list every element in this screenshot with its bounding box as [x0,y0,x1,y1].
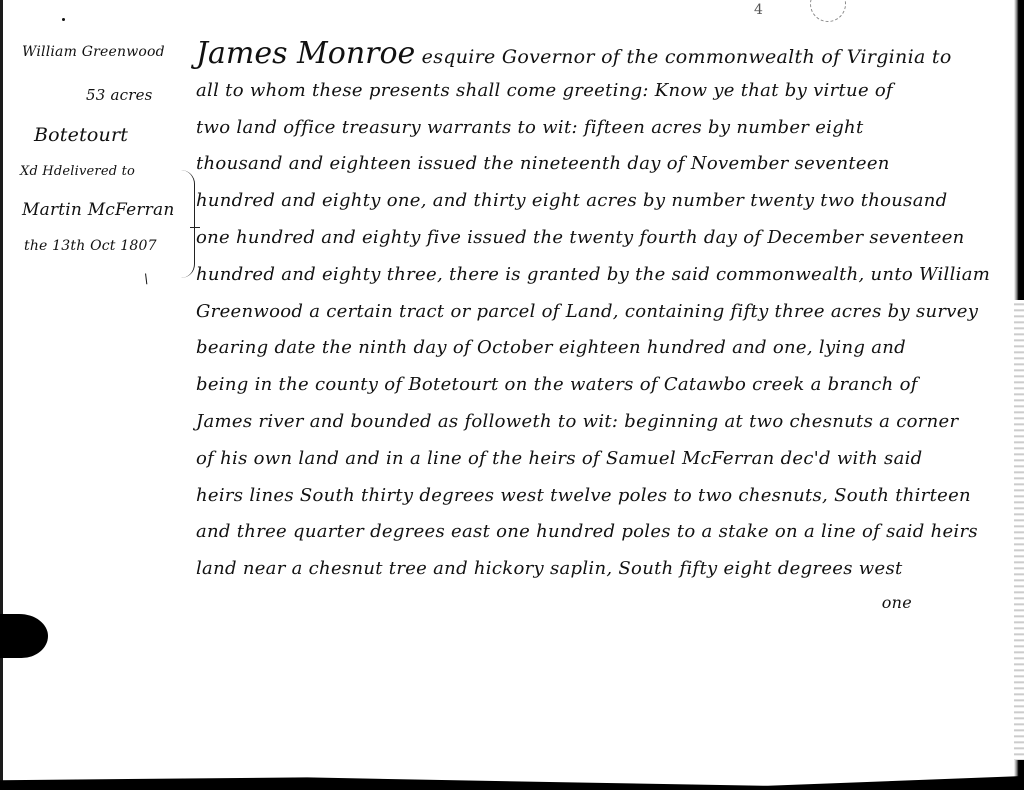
body-line: being in the county of Botetourt on the … [196,367,956,404]
scan-left-edge [0,0,3,790]
body-line: James Monroe esquire Governor of the com… [196,36,956,73]
body-line: two land office treasury warrants to wit… [196,110,956,147]
stamp-mark: 4 [754,2,763,18]
body-line: land near a chesnut tree and hickory sap… [196,551,956,588]
scan-bottom-edge [0,776,1024,790]
scan-right-edge-texture [1014,300,1024,760]
margin-grantee: William Greenwood [22,44,165,60]
ink-dot [62,18,65,21]
grant-body: James Monroe esquire Governor of the com… [196,36,956,618]
margin-delivery-line1: Xd Hdelivered to [20,164,135,179]
catchword: one [196,588,956,618]
margin-acreage: 53 acres [86,86,153,104]
body-line: of his own land and in a line of the hei… [196,441,956,478]
margin-delivery-line3: the 13th Oct 1807 [24,238,157,254]
governor-name: James Monroe [196,36,415,71]
body-line-text: esquire Governor of the commonwealth of … [415,46,951,68]
body-line: hundred and eighty three, there is grant… [196,257,956,294]
stamp-circle [810,0,846,22]
body-line: bearing date the ninth day of October ei… [196,330,956,367]
body-line: Greenwood a certain tract or parcel of L… [196,294,956,331]
body-line: James river and bounded as followeth to … [196,404,956,441]
margin-small-mark: \ [144,272,149,287]
header-stamp: 4 [748,0,858,24]
body-line: one hundred and eighty five issued the t… [196,220,956,257]
body-line: hundred and eighty one, and thirty eight… [196,183,956,220]
body-line: and three quarter degrees east one hundr… [196,514,956,551]
body-line: thousand and eighteen issued the ninetee… [196,146,956,183]
body-line: heirs lines South thirty degrees west tw… [196,478,956,515]
ink-blot [0,614,48,658]
margin-delivery-line2: Martin McFerran [22,200,174,220]
document-scan: 4 William Greenwood 53 acres Botetourt X… [0,0,1024,790]
body-line: all to whom these presents shall come gr… [196,73,956,110]
margin-county: Botetourt [34,124,128,146]
